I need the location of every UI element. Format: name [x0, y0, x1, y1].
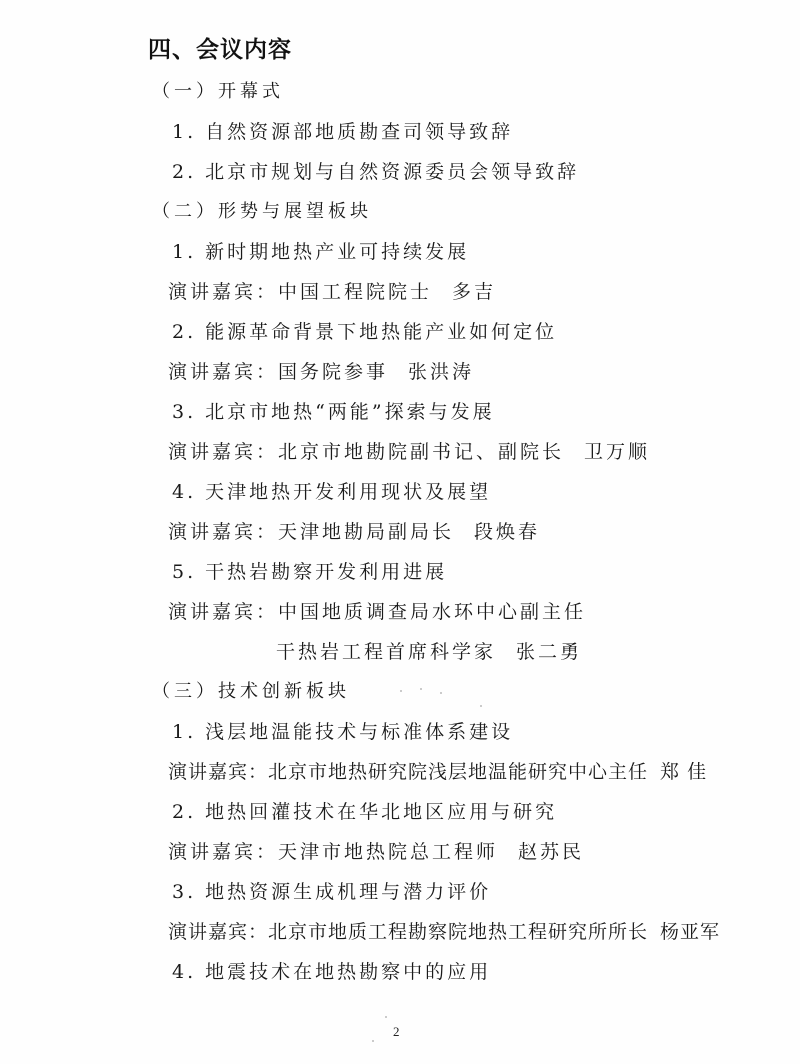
speaker-role: 天津市地热院总工程师 [278, 841, 498, 863]
speaker-role: 北京市地勘院副书记、副院长 [278, 441, 564, 463]
speaker-label: 演讲嘉宾： [168, 841, 278, 863]
agenda-item-title: 4. 天津地热开发利用现状及展望 [172, 480, 491, 504]
section-title: 四、会议内容 [148, 38, 292, 62]
speaker-label: 演讲嘉宾： [168, 761, 268, 783]
agenda-item-title: 2. 地热回灌技术在华北地区应用与研究 [172, 800, 557, 824]
agenda-item-title: 3. 地热资源生成机理与潜力评价 [172, 880, 491, 904]
scan-speck [385, 1016, 387, 1018]
speaker-role: 北京市地热研究院浅层地温能研究中心主任 [268, 761, 648, 783]
scan-speck [440, 692, 442, 694]
part-heading-innovation: （三）技术创新板块 [152, 680, 350, 704]
scan-speck [400, 690, 402, 692]
agenda-item-title: 4. 地震技术在地热勘察中的应用 [172, 960, 491, 984]
part-heading-opening: （一）开幕式 [152, 80, 284, 104]
speaker-line: 演讲嘉宾：北京市地勘院副书记、副院长卫万顺 [168, 440, 650, 464]
speaker-line-continued: 干热岩工程首席科学家张二勇 [276, 640, 582, 664]
speaker-line: 演讲嘉宾：天津地勘局副局长段焕春 [168, 520, 540, 544]
speaker-name: 张二勇 [516, 641, 582, 663]
scan-speck [480, 705, 482, 707]
speaker-name: 多吉 [452, 281, 496, 303]
speaker-line: 演讲嘉宾：北京市地质工程勘察院地热工程研究所所长杨亚军 [168, 920, 720, 944]
speaker-role-secondary: 干热岩工程首席科学家 [276, 641, 496, 663]
speaker-name: 张洪涛 [408, 361, 474, 383]
agenda-item-title: 1. 新时期地热产业可持续发展 [172, 240, 469, 264]
agenda-item-title: 5. 干热岩勘察开发利用进展 [172, 560, 447, 584]
speaker-label: 演讲嘉宾： [168, 281, 278, 303]
speaker-line: 演讲嘉宾：天津市地热院总工程师赵苏民 [168, 840, 584, 864]
speaker-name: 郑 佳 [660, 761, 707, 783]
speaker-name: 杨亚军 [660, 921, 720, 943]
speaker-label: 演讲嘉宾： [168, 441, 278, 463]
speaker-line: 演讲嘉宾：国务院参事张洪涛 [168, 360, 474, 384]
speaker-name: 赵苏民 [518, 841, 584, 863]
speaker-label: 演讲嘉宾： [168, 921, 268, 943]
speaker-name: 卫万顺 [584, 441, 650, 463]
agenda-item-title: 2. 北京市规划与自然资源委员会领导致辞 [172, 160, 579, 184]
speaker-line: 演讲嘉宾：北京市地热研究院浅层地温能研究中心主任郑 佳 [168, 760, 707, 784]
speaker-role: 中国地质调查局水环中心副主任 [278, 601, 586, 623]
scan-speck [372, 1040, 374, 1042]
speaker-line: 演讲嘉宾：中国地质调查局水环中心副主任 [168, 600, 586, 624]
speaker-label: 演讲嘉宾： [168, 521, 278, 543]
speaker-role: 国务院参事 [278, 361, 388, 383]
agenda-item-title: 1. 自然资源部地质勘查司领导致辞 [172, 120, 513, 144]
scan-speck [420, 688, 422, 690]
agenda-item-title: 2. 能源革命背景下地热能产业如何定位 [172, 320, 557, 344]
speaker-role: 中国工程院院士 [278, 281, 432, 303]
part-heading-outlook: （二）形势与展望板块 [152, 200, 372, 224]
speaker-line: 演讲嘉宾：中国工程院院士多吉 [168, 280, 496, 304]
speaker-role: 北京市地质工程勘察院地热工程研究所所长 [268, 921, 648, 943]
agenda-item-title: 1. 浅层地温能技术与标准体系建设 [172, 720, 513, 744]
speaker-name: 段焕春 [474, 521, 540, 543]
speaker-label: 演讲嘉宾： [168, 601, 278, 623]
speaker-role: 天津地勘局副局长 [278, 521, 454, 543]
agenda-item-title: 3. 北京市地热“两能”探索与发展 [172, 400, 495, 424]
speaker-label: 演讲嘉宾： [168, 361, 278, 383]
document-page: 四、会议内容 （一）开幕式 1. 自然资源部地质勘查司领导致辞 2. 北京市规划… [0, 0, 800, 1064]
page-number: 2 [393, 1024, 400, 1040]
